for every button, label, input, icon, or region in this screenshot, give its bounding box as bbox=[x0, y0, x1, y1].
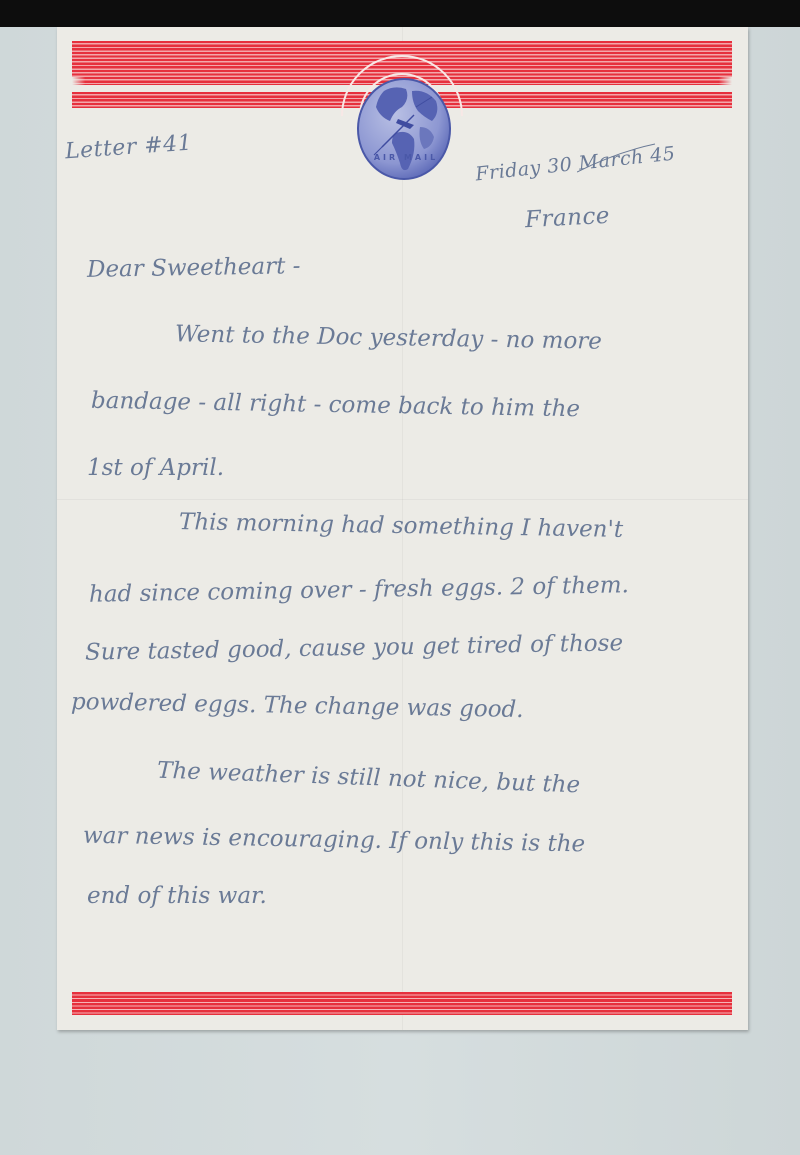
globe-icon bbox=[354, 77, 454, 187]
letterhead-stripes-bottom bbox=[72, 992, 732, 1015]
paragraph-1-line-1: Went to the Doc yesterday - no more bbox=[175, 321, 602, 354]
salutation: Dear Sweetheart - bbox=[87, 253, 301, 283]
paragraph-2-line-2: had since coming over - fresh eggs. 2 of… bbox=[89, 572, 629, 607]
date-flourish-icon bbox=[577, 142, 657, 182]
letter-sheet: AIR MAIL Letter #41 Friday 30 March 45 F… bbox=[57, 27, 748, 1030]
paragraph-2-line-4: powdered eggs. The change was good. bbox=[71, 689, 524, 723]
paragraph-1-line-3: 1st of April. bbox=[87, 455, 224, 481]
paragraph-1-line-2: bandage - all right - come back to him t… bbox=[91, 388, 580, 423]
letter-location: France bbox=[524, 203, 610, 233]
paragraph-2-line-3: Sure tasted good, cause you get tired of… bbox=[85, 630, 623, 665]
paragraph-3-line-1: The weather is still not nice, but the bbox=[157, 758, 581, 799]
paragraph-3-line-2: war news is encouraging. If only this is… bbox=[83, 823, 586, 858]
paragraph-2-line-1: This morning had something I haven't bbox=[179, 509, 623, 543]
letter-number: Letter #41 bbox=[64, 131, 193, 165]
airmail-label: AIR MAIL bbox=[346, 153, 466, 162]
paragraph-3-line-3: end of this war. bbox=[87, 883, 267, 909]
